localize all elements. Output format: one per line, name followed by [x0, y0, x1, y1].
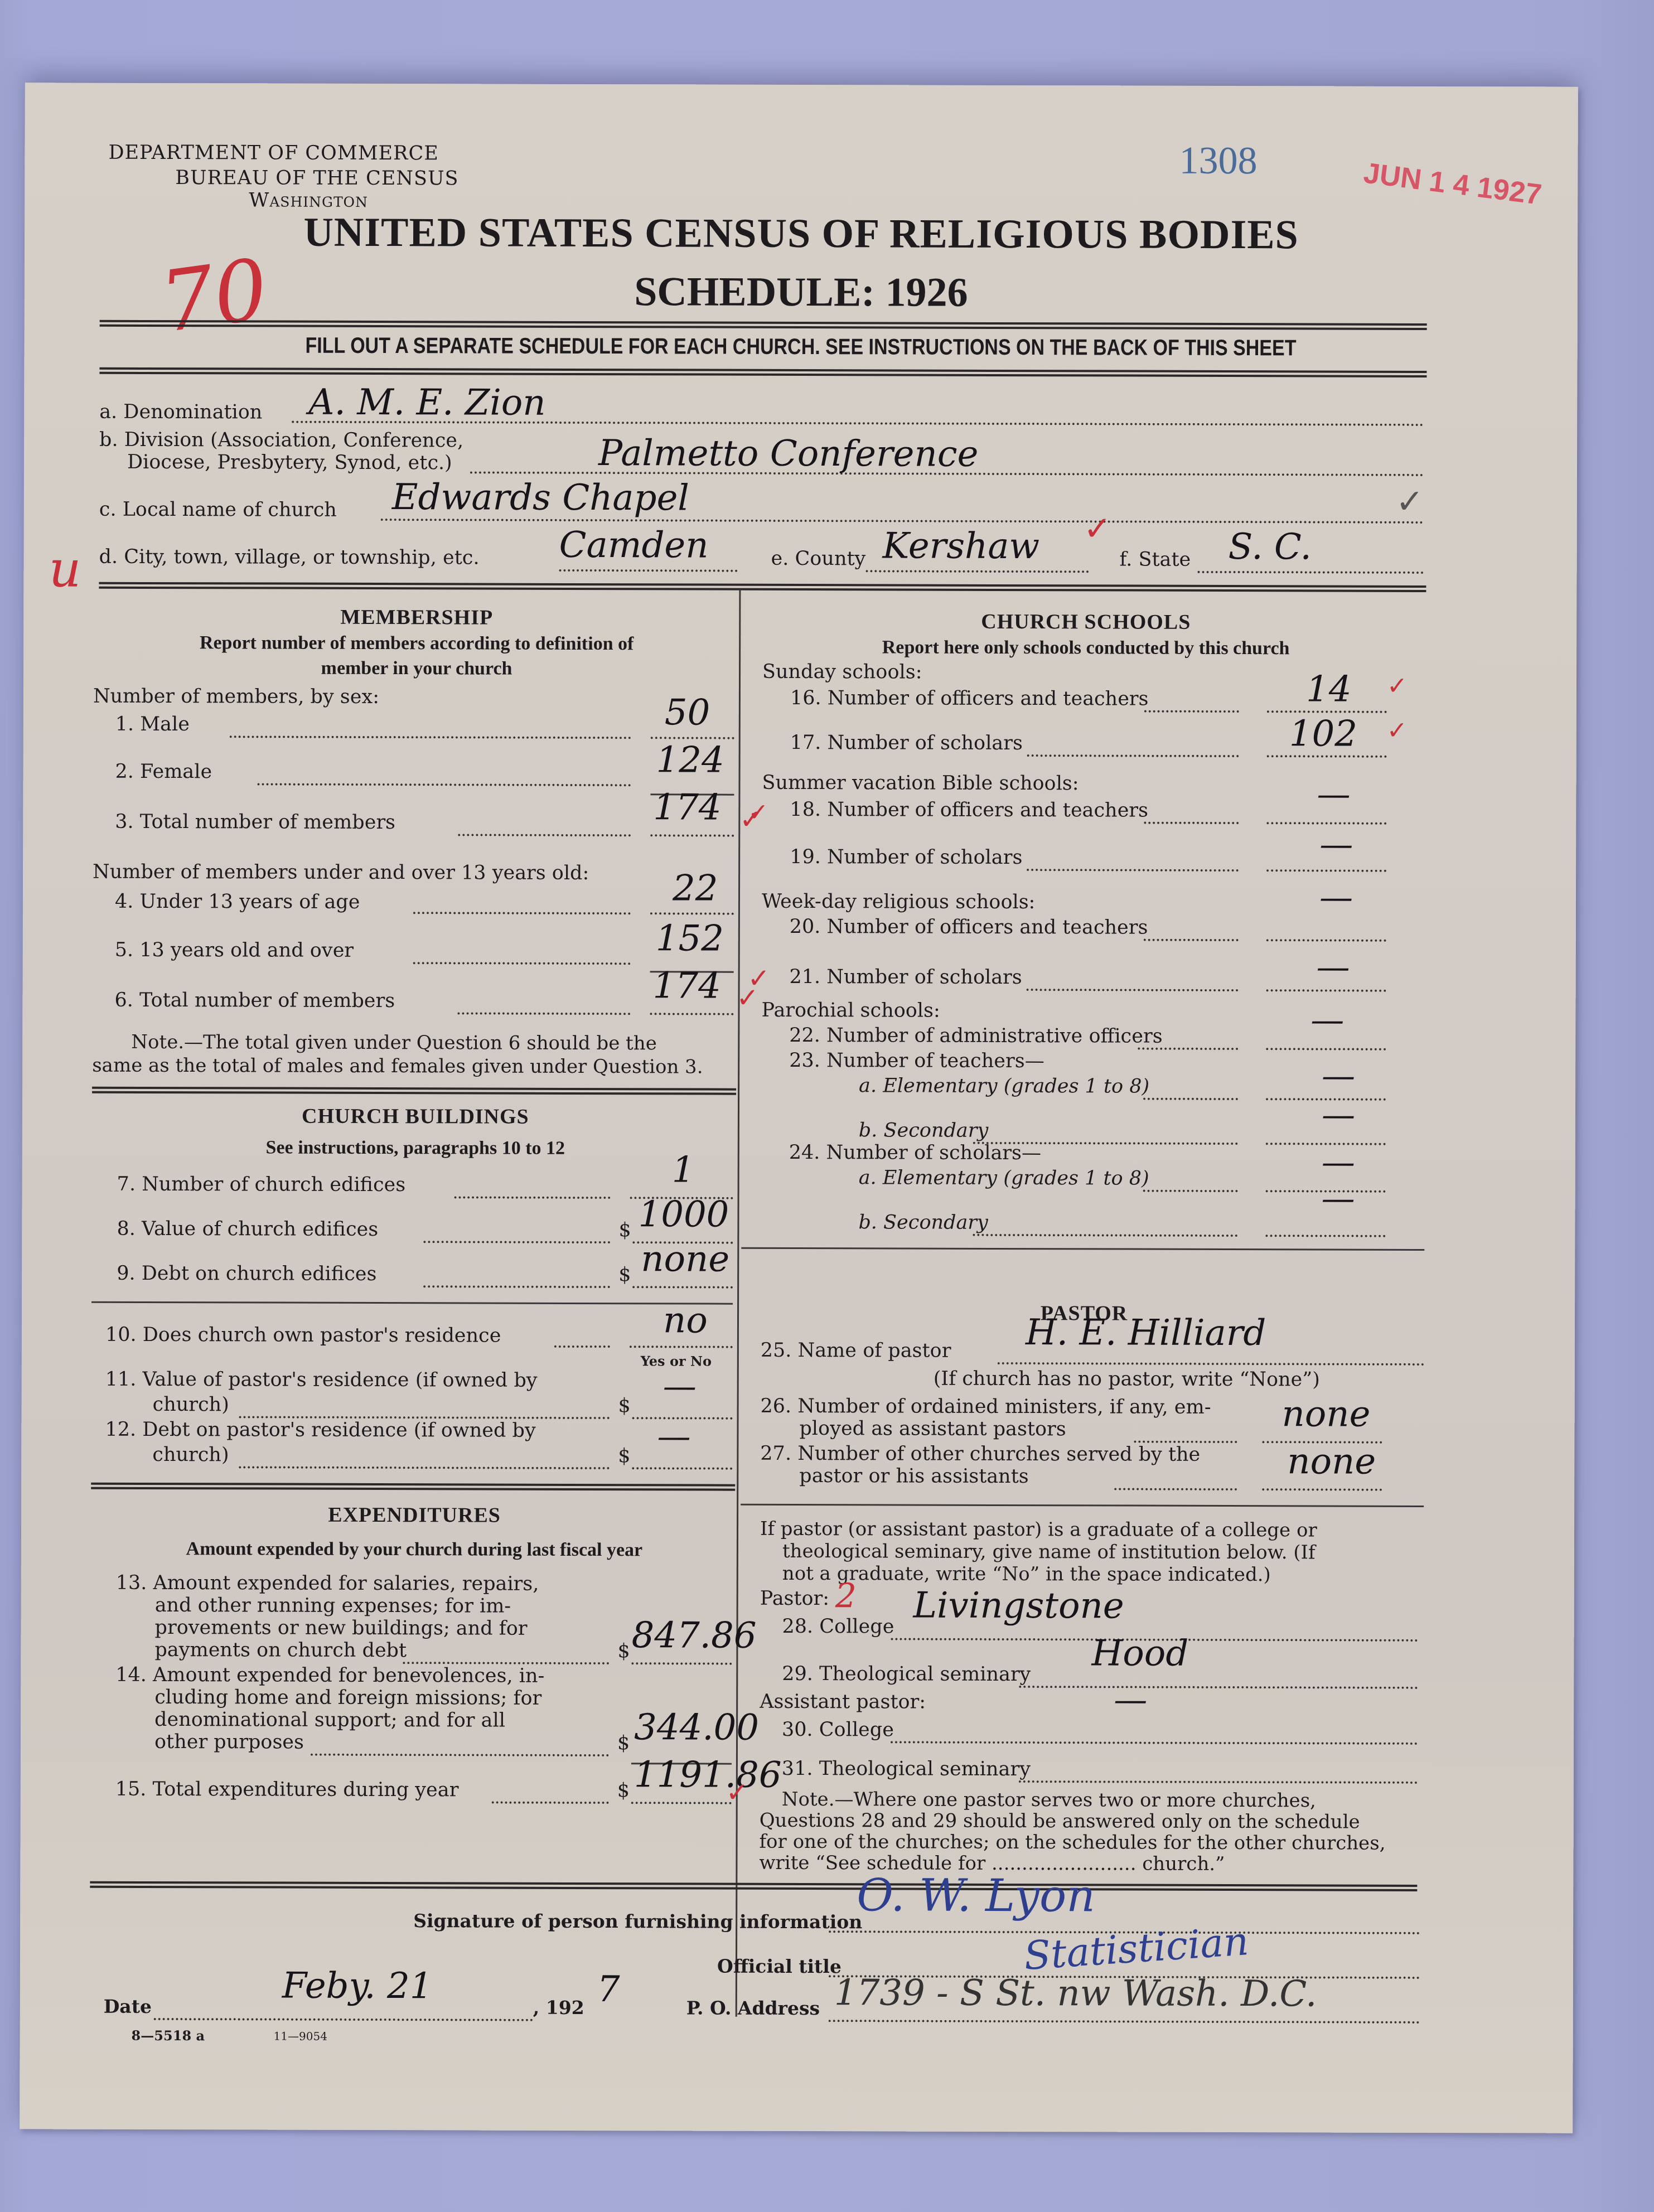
year-field[interactable]: 7 [597, 1969, 620, 2010]
q24b-answer-line [1265, 1235, 1385, 1237]
date-field[interactable]: Feby. 21 [282, 1966, 433, 2007]
county-line [866, 570, 1089, 573]
q7-dots [454, 1196, 611, 1199]
q23a-elementary-teachers-field[interactable]: — [1322, 1056, 1355, 1095]
q17-sunday-scholars-field[interactable]: 102 [1289, 713, 1357, 754]
date-line [154, 2018, 533, 2021]
parochial-schools-label: Parochial schools: [761, 999, 940, 1022]
pastor-note-3: for one of the churches; on the schedule… [760, 1831, 1386, 1855]
q14-label-1: 14. Amount expended for benevolences, in… [115, 1664, 544, 1687]
q6-answer-line [650, 1013, 733, 1015]
q6-total-field[interactable]: 174 [652, 965, 720, 1006]
q24-label: 24. Number of scholars— [789, 1141, 1041, 1164]
sunday-schools-label: Sunday schools: [762, 661, 922, 684]
county-label: e. County [771, 548, 866, 570]
q27-other-churches-field[interactable]: none [1287, 1441, 1376, 1482]
header-double-rule [100, 320, 1427, 330]
denomination-label: a. Denomination [99, 401, 262, 424]
church-name-line [381, 519, 1424, 524]
q2-label: 2. Female [115, 761, 212, 783]
q2-dots [258, 783, 631, 786]
q10-label: 10. Does church own pastor's residence [105, 1324, 501, 1347]
q13-answer-line [631, 1662, 732, 1664]
membership-subtitle-2: member in your church [99, 657, 734, 680]
signature-label: Signature of person furnishing informati… [413, 1910, 862, 1933]
address-line [829, 2020, 1420, 2024]
q4-dots [413, 912, 631, 914]
q16-label: 16. Number of officers and teachers [790, 687, 1149, 710]
form-number: 8—5518 a [132, 2027, 205, 2044]
identification-double-rule [99, 582, 1426, 592]
q15-label: 15. Total expenditures during year [115, 1778, 459, 1802]
weekday-schools-label: Week-day religious schools: [762, 890, 1036, 913]
membership-title: MEMBERSHIP [99, 604, 734, 631]
official-title-field[interactable]: Statistician [1023, 1918, 1250, 1979]
q7-label: 7. Number of church edifices [117, 1173, 406, 1196]
check-mark-icon: ✓ [1396, 482, 1424, 521]
membership-double-rule [92, 1087, 736, 1095]
department-heading: DEPARTMENT OF COMMERCE [108, 142, 438, 165]
q8-currency: $ [618, 1219, 631, 1241]
city-label: d. City, town, village, or township, etc… [99, 546, 480, 569]
margin-red-mark: u [49, 540, 81, 598]
q24b-label: b. Secondary [858, 1211, 988, 1234]
q28-college-field[interactable]: Livingstone [913, 1585, 1124, 1627]
state-field[interactable]: S. C. [1229, 526, 1312, 568]
buildings-subtitle: See instructions, paragraphs 10 to 12 [98, 1137, 733, 1160]
census-schedule-sheet: DEPARTMENT OF COMMERCE BUREAU OF THE CEN… [20, 83, 1578, 2133]
q22-answer-line [1266, 1048, 1386, 1051]
q26-assistant-pastors-field[interactable]: none [1281, 1393, 1370, 1435]
q17-label: 17. Number of scholars [790, 732, 1023, 754]
q23b-label: b. Secondary [859, 1119, 988, 1142]
q24b-dots [973, 1234, 1237, 1237]
q13-label-2: and other running expenses; for im- [155, 1594, 511, 1618]
membership-note-2: same as the total of males and females g… [92, 1054, 703, 1078]
expenditures-subtitle: Amount expended by your church during la… [96, 1538, 732, 1561]
q19-answer-line [1266, 869, 1386, 872]
pastor-note-2: Questions 28 and 29 should be answered o… [760, 1809, 1360, 1833]
q26-label-1: 26. Number of ordained ministers, if any… [761, 1395, 1211, 1419]
county-field[interactable]: Kershaw [883, 525, 1040, 567]
state-line [1198, 571, 1424, 574]
church-name-label: c. Local name of church [99, 498, 337, 521]
schools-subtitle: Report here only schools conducted by th… [746, 637, 1426, 660]
graduate-note-1: If pastor (or assistant pastor) is a gra… [760, 1518, 1317, 1542]
q30-college-field[interactable]: — [1114, 1680, 1147, 1719]
q11-value-field[interactable]: — [663, 1367, 697, 1406]
division-label-1: b. Division (Association, Conference, [99, 429, 463, 452]
q6-dots [457, 1012, 630, 1015]
q28-label: 28. College [782, 1615, 894, 1638]
red-check-icon: ✓ [726, 1777, 748, 1808]
q5-label: 5. 13 years old and over [115, 939, 354, 962]
q25-hint: (If church has no pastor, write “None”) [934, 1368, 1320, 1391]
q19-dots [1027, 869, 1239, 872]
q14-currency: $ [617, 1732, 630, 1754]
q15-answer-line [631, 1802, 732, 1804]
q30-line [891, 1741, 1418, 1744]
denomination-field[interactable]: A. M. E. Zion [308, 382, 545, 424]
q25-label: 25. Name of pastor [761, 1339, 951, 1362]
buildings-rule [91, 1301, 733, 1305]
church-name-field[interactable]: Edwards Chapel [392, 477, 689, 519]
q14-benevolences-field[interactable]: 344.00 [634, 1707, 759, 1749]
red-double-check-icon: ✓ [748, 963, 770, 994]
q5-dots [413, 962, 631, 965]
q18-label: 18. Number of officers and teachers [790, 798, 1148, 822]
q15-dots [492, 1802, 609, 1804]
buildings-double-rule [91, 1483, 735, 1491]
membership-subtitle-1: Report number of members according to de… [99, 632, 734, 655]
q27-dots [1114, 1488, 1237, 1490]
q4-label: 4. Under 13 years of age [115, 890, 360, 913]
q4-answer-line [650, 912, 734, 914]
q19-summer-scholars-field[interactable]: — [1319, 825, 1353, 864]
received-date-stamp: JUN 1 4 1927 [1362, 156, 1544, 211]
red-check-icon: ✓ [748, 798, 768, 827]
q7-edifices-field[interactable]: 1 [672, 1149, 695, 1190]
red-check-icon: ✓ [1387, 672, 1408, 700]
q29-seminary-field[interactable]: Hood [1091, 1633, 1188, 1674]
q25-pastor-name-field[interactable]: H. E. Hilliard [1026, 1312, 1266, 1354]
q12-label-1: 12. Debt on pastor's residence (if owned… [105, 1419, 535, 1442]
membership-note-1: Note.—The total given under Question 6 s… [131, 1031, 657, 1054]
q11-label-2: church) [153, 1393, 229, 1416]
q8-label: 8. Value of church edifices [117, 1218, 378, 1241]
q10-dots [554, 1345, 610, 1348]
q12-currency: $ [618, 1445, 630, 1467]
q9-currency: $ [618, 1264, 631, 1286]
by-age-label: Number of members under and over 13 year… [93, 861, 589, 884]
q23-label: 23. Number of teachers— [789, 1049, 1044, 1072]
q9-debt-field[interactable]: none [641, 1238, 729, 1280]
q14-label-2: cluding home and foreign missions; for [154, 1686, 541, 1710]
q18-dots [1144, 822, 1239, 824]
by-sex-label: Number of members, by sex: [93, 685, 379, 708]
q24a-label: a. Elementary (grades 1 to 8) [859, 1166, 1149, 1189]
q6-label: 6. Total number of members [114, 989, 395, 1012]
buildings-title: CHURCH BUILDINGS [98, 1103, 733, 1130]
q13-running-expenses-field[interactable]: 847.86 [631, 1615, 756, 1657]
schools-rule [741, 1247, 1424, 1251]
q21-weekday-scholars-field[interactable]: — [1317, 947, 1350, 986]
q14-label-4: other purposes [154, 1731, 304, 1754]
fill-out-instruction: FILL OUT A SEPARATE SCHEDULE FOR EACH CH… [141, 333, 1460, 361]
q1-label: 1. Male [115, 713, 190, 735]
q18-answer-line [1266, 822, 1386, 825]
q26-dots [1134, 1441, 1237, 1443]
q3-dots [458, 834, 631, 836]
q13-label-3: provements or new buildings; and for [155, 1616, 528, 1640]
q20-dots [1144, 939, 1239, 941]
q17-dots [1027, 754, 1239, 757]
red-check-icon: ✓ [1387, 717, 1408, 745]
q16-dots [1144, 710, 1239, 713]
city-field[interactable]: Camden [559, 525, 709, 567]
q26-label-2: ployed as assistant pastors [799, 1417, 1066, 1440]
q24b-secondary-scholars-field[interactable]: — [1321, 1179, 1355, 1218]
q12-label-2: church) [152, 1444, 229, 1466]
q22-label: 22. Number of administrative officers [789, 1024, 1162, 1048]
q9-dots [423, 1285, 610, 1288]
official-title-label: Official title [717, 1956, 841, 1978]
q17-answer-line [1267, 755, 1387, 758]
q2-female-field[interactable]: 124 [656, 739, 724, 781]
red-check-icon: ✓ [1084, 509, 1111, 548]
q1-male-field[interactable]: 50 [665, 692, 710, 733]
division-label-2: Diocese, Presbytery, Synod, etc.) [127, 451, 452, 475]
q30-label: 30. College [782, 1719, 894, 1741]
q23b-secondary-teachers-field[interactable]: — [1322, 1095, 1355, 1134]
q31-label: 31. Theological seminary [782, 1758, 1031, 1780]
q15-currency: $ [617, 1779, 630, 1802]
q13-label-4: payments on church debt [154, 1639, 407, 1662]
q9-label: 9. Debt on church edifices [117, 1262, 376, 1285]
q4-under-13-field[interactable]: 22 [673, 868, 718, 909]
q9-answer-line [632, 1286, 733, 1288]
print-code: 11—9054 [274, 2030, 327, 2043]
instruction-double-rule [99, 367, 1426, 377]
pastor-subhead: Pastor: [760, 1587, 830, 1610]
graduate-note-2: theological seminary, give name of insti… [782, 1540, 1316, 1564]
q27-label-2: pastor or his assistants [799, 1465, 1029, 1488]
q8-dots [423, 1241, 610, 1243]
q23a-label: a. Elementary (grades 1 to 8) [859, 1074, 1149, 1097]
q5-13-and-over-field[interactable]: 152 [656, 918, 724, 959]
summer-schools-label: Summer vacation Bible schools: [762, 772, 1079, 795]
expenditures-title: EXPENDITURES [96, 1502, 732, 1528]
red-mark-2: 2 [835, 1576, 857, 1615]
q3-label: 3. Total number of members [115, 811, 395, 834]
q11-label-1: 11. Value of pastor's residence (if owne… [105, 1368, 538, 1392]
q24a-elementary-scholars-field[interactable]: — [1322, 1143, 1355, 1182]
q22-dots [1138, 1048, 1238, 1050]
q31-line [1019, 1780, 1418, 1784]
q20-answer-line [1266, 939, 1386, 942]
q29-label: 29. Theological seminary [782, 1663, 1031, 1686]
division-field[interactable]: Palmetto Conference [598, 433, 979, 475]
bureau-heading: BUREAU OF THE CENSUS [175, 167, 458, 190]
q19-label: 19. Number of scholars [790, 846, 1022, 869]
pastor-rule [741, 1504, 1424, 1507]
pastor-note-1: Note.—Where one pastor serves two or mor… [782, 1788, 1316, 1812]
q10-owns-residence-field[interactable]: no [663, 1300, 708, 1341]
state-label: f. State [1120, 549, 1191, 571]
q12-answer-line [632, 1467, 732, 1469]
q14-label-3: denominational support; and for all [154, 1708, 505, 1732]
assistant-pastor-subhead: Assistant pastor: [760, 1691, 926, 1714]
q20-label: 20. Number of officers and teachers [790, 916, 1148, 939]
q18-summer-officers-field[interactable]: — [1317, 775, 1350, 814]
city-line [559, 569, 738, 572]
q16-sunday-officers-field[interactable]: 14 [1306, 669, 1352, 710]
address-label: P. O. Address [686, 1997, 820, 2019]
q22-admin-officers-field[interactable]: — [1310, 1000, 1344, 1039]
q12-debt-field[interactable]: — [657, 1417, 690, 1456]
q8-value-field[interactable]: 1000 [638, 1194, 729, 1235]
q11-currency: $ [618, 1395, 631, 1417]
q27-label-1: 27. Number of other churches served by t… [760, 1443, 1200, 1466]
q21-label: 21. Number of scholars [790, 966, 1022, 989]
q25-line [998, 1362, 1424, 1366]
q12-dots [239, 1466, 610, 1469]
signature-field[interactable]: O. W. Lyon [857, 1869, 1095, 1921]
q10-answer-line [630, 1345, 733, 1348]
date-label: Date [104, 1996, 152, 2017]
q29-line [1019, 1686, 1418, 1689]
q23a-dots [1143, 1098, 1238, 1100]
q1-answer-line [651, 737, 734, 739]
q21-dots [1027, 989, 1239, 991]
schools-title: CHURCH SCHOOLS [746, 609, 1426, 635]
q14-dots [311, 1754, 609, 1756]
address-field[interactable]: 1739 - S St. nw Wash. D.C. [834, 1972, 1317, 2015]
q15-total-field[interactable]: 1191.86 [634, 1754, 782, 1796]
file-number-stamp: 1308 [1179, 139, 1257, 183]
q13-label-1: 13. Amount expended for salaries, repair… [116, 1572, 539, 1595]
q27-answer-line [1262, 1488, 1382, 1491]
q16-answer-line [1267, 710, 1387, 713]
q20-weekday-officers-field[interactable]: — [1319, 878, 1353, 917]
year-prefix: , 192 [533, 1997, 584, 2019]
q21-answer-line [1266, 989, 1386, 992]
q3-total-field[interactable]: 174 [653, 787, 721, 828]
q24a-dots [1143, 1190, 1238, 1192]
footer-double-rule [90, 1881, 1417, 1891]
q1-dots [230, 735, 631, 739]
q13-currency: $ [617, 1640, 630, 1662]
q3-answer-line [650, 834, 734, 836]
